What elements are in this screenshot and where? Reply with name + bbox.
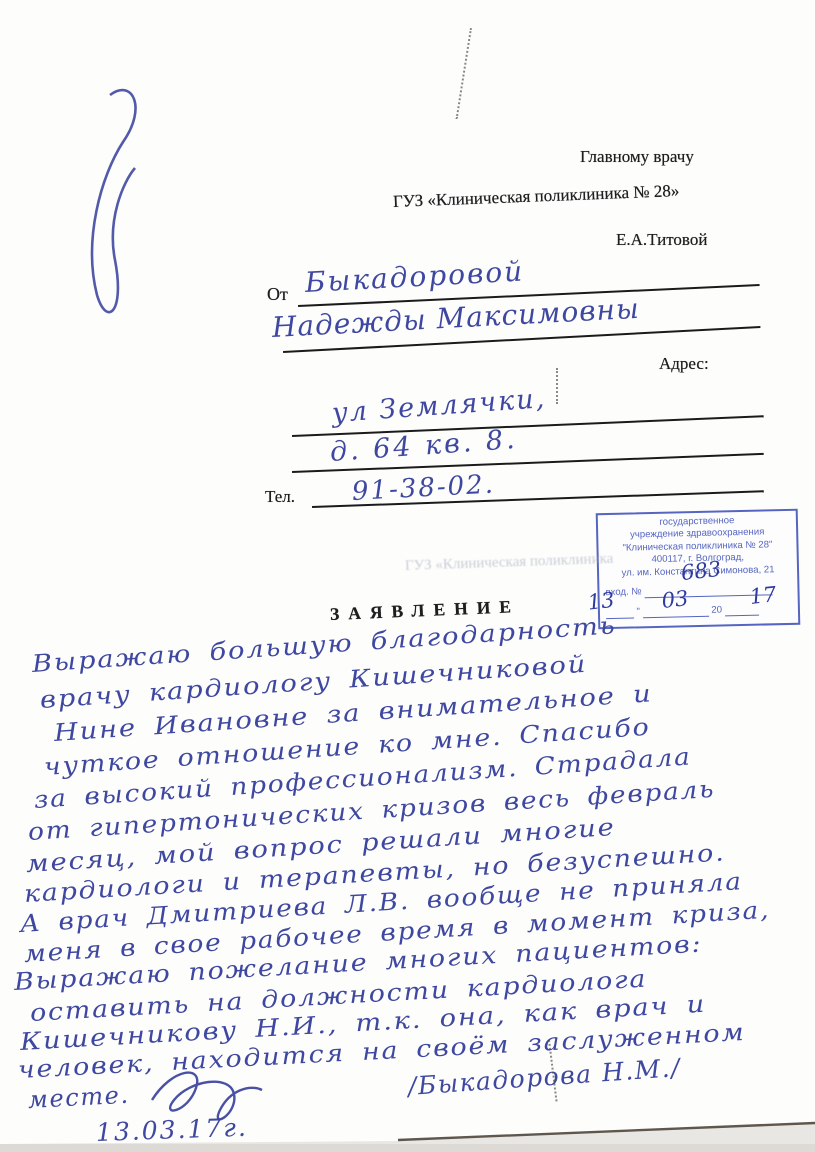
stamp-date-year-handwritten: 17	[749, 588, 777, 603]
stamp-entry-row: вход. №	[605, 583, 772, 599]
address-label: Адрес:	[659, 354, 709, 374]
body-line: месте.	[27, 1081, 130, 1114]
stamp-date-year-prefix: 20	[711, 604, 722, 615]
from-label: От	[267, 284, 288, 305]
scanner-background-band	[0, 1144, 815, 1152]
document-date: 13.03.17г.	[95, 1113, 248, 1147]
stamp-date-day-handwritten: 13	[587, 594, 615, 609]
stamp-entry-number-handwritten: 683	[680, 563, 721, 580]
addressee-line-1: Главному врачу	[580, 147, 694, 167]
addressee-line-3: Е.А.Титовой	[616, 230, 707, 250]
registration-stamp: государственное учреждение здравоохранен…	[596, 509, 801, 630]
stamp-date-quote: "	[637, 606, 641, 617]
margin-signature-flourish	[55, 80, 175, 340]
phone-label: Тел.	[265, 487, 295, 507]
scan-speckles	[556, 368, 558, 404]
stamp-date-month-handwritten: 03	[661, 592, 689, 607]
